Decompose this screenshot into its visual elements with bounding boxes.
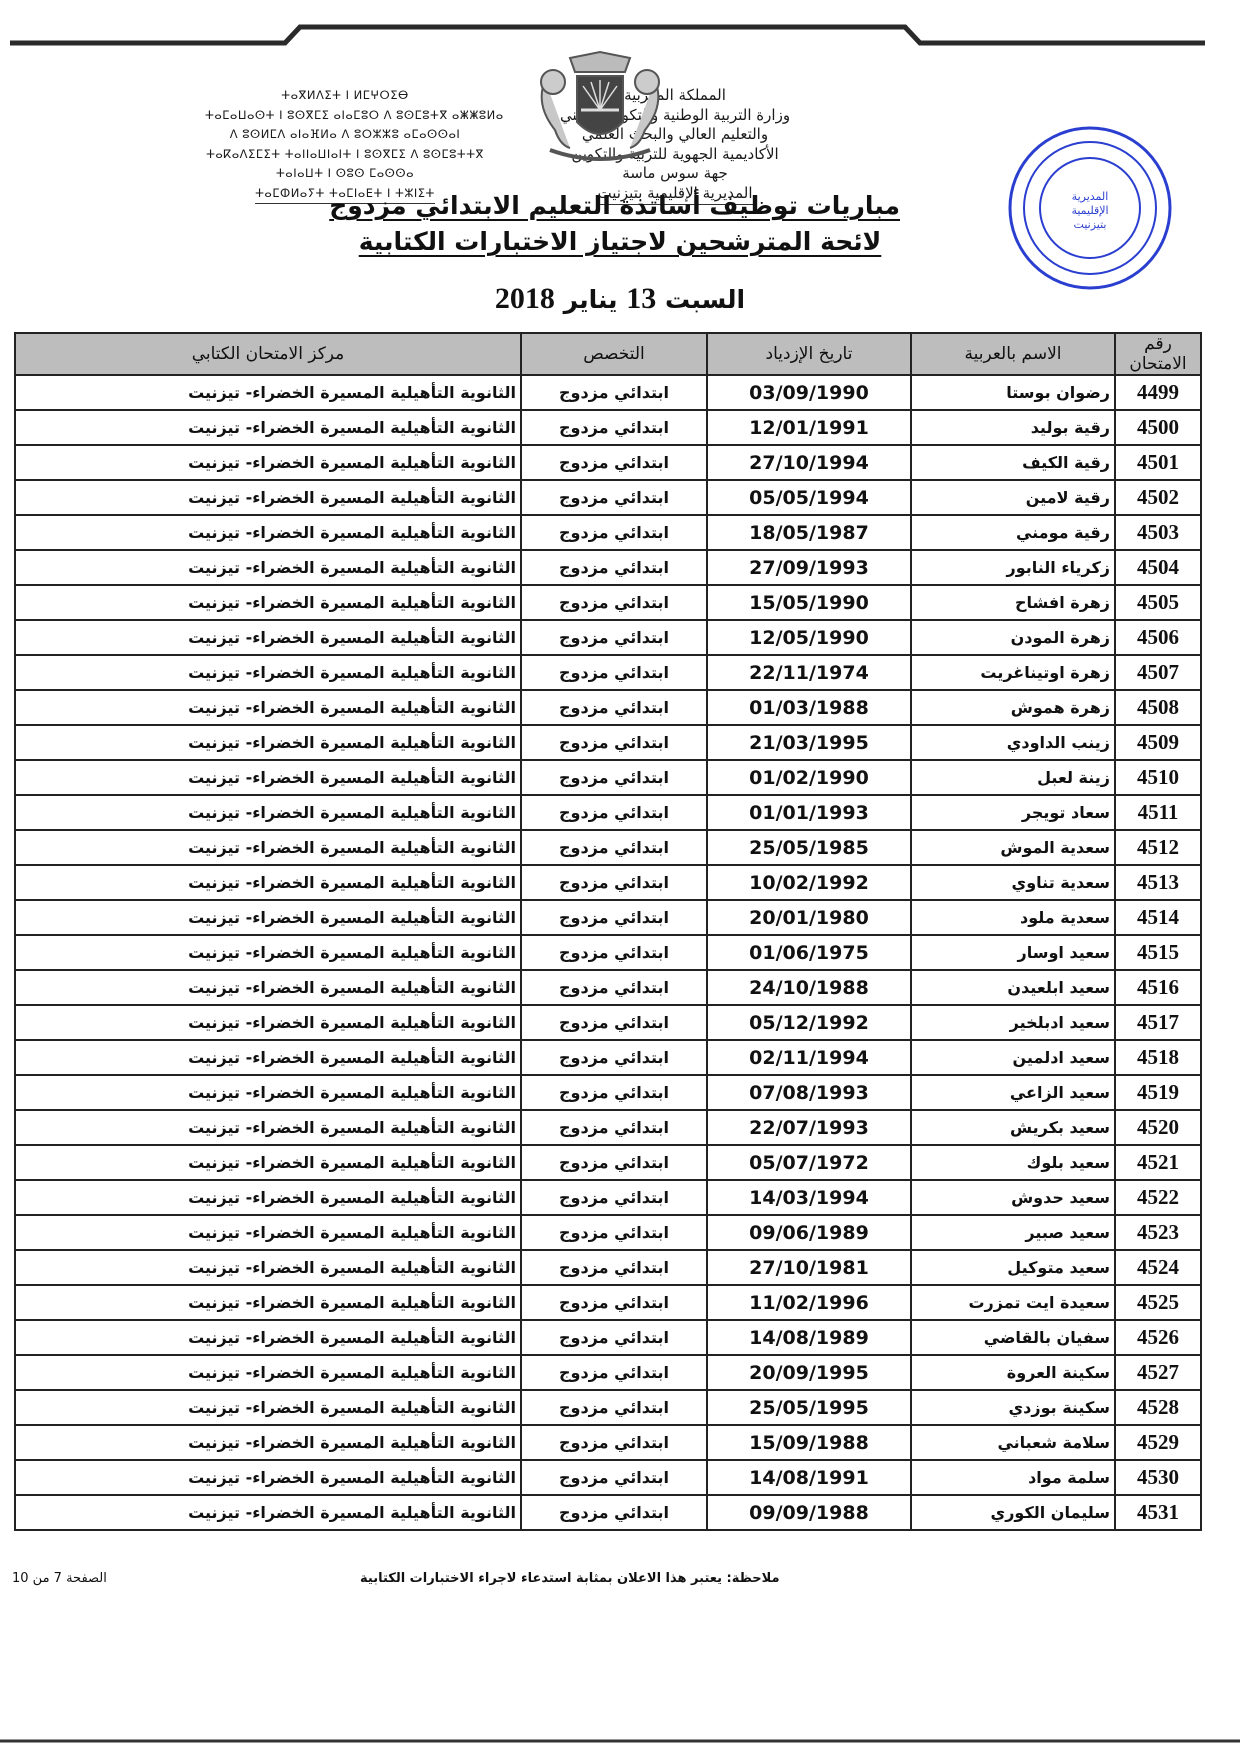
cell-arabic-name: سعيدة ايت تمزرت bbox=[911, 1285, 1115, 1320]
table-row: 4526سفيان بالقاضي14/08/1989ابتدائي مزدوج… bbox=[15, 1320, 1201, 1355]
cell-exam-center: الثانوية التأهيلية المسيرة الخضراء- تيزن… bbox=[15, 480, 521, 515]
cell-exam-center: الثانوية التأهيلية المسيرة الخضراء- تيزن… bbox=[15, 410, 521, 445]
cell-birth-date: 27/09/1993 bbox=[707, 550, 911, 585]
cell-exam-center: الثانوية التأهيلية المسيرة الخضراء- تيزن… bbox=[15, 1285, 521, 1320]
title-line-1: مباريات توظيف أساتذة التعليم الابتدائي م… bbox=[340, 188, 900, 224]
cell-arabic-name: رقية مومني bbox=[911, 515, 1115, 550]
header-line: ⵜⴰⴳⵍⴷⵉⵜ ⵏ ⵍⵎⵖⵔⵉⴱ bbox=[205, 86, 485, 106]
cell-exam-center: الثانوية التأهيلية المسيرة الخضراء- تيزن… bbox=[15, 935, 521, 970]
cell-exam-number: 4522 bbox=[1115, 1180, 1201, 1215]
stamp-line: الإقليمية bbox=[1071, 204, 1108, 217]
cell-birth-date: 01/06/1975 bbox=[707, 935, 911, 970]
cell-birth-date: 02/11/1994 bbox=[707, 1040, 911, 1075]
cell-exam-number: 4515 bbox=[1115, 935, 1201, 970]
date-year: 2018 bbox=[495, 282, 555, 315]
cell-arabic-name: سعاد تويجر bbox=[911, 795, 1115, 830]
bottom-border-line bbox=[0, 1736, 1240, 1750]
stamp-line: بتيزنيت bbox=[1074, 218, 1107, 231]
cell-birth-date: 05/07/1972 bbox=[707, 1145, 911, 1180]
cell-exam-center: الثانوية التأهيلية المسيرة الخضراء- تيزن… bbox=[15, 1215, 521, 1250]
cell-exam-center: الثانوية التأهيلية المسيرة الخضراء- تيزن… bbox=[15, 1145, 521, 1180]
cell-arabic-name: سلمة مواد bbox=[911, 1460, 1115, 1495]
cell-arabic-name: رقية بوليد bbox=[911, 410, 1115, 445]
table-row: 4510زينة لعبل01/02/1990ابتدائي مزدوجالثا… bbox=[15, 760, 1201, 795]
cell-exam-center: الثانوية التأهيلية المسيرة الخضراء- تيزن… bbox=[15, 725, 521, 760]
table-header-row: رقم الامتحان الاسم بالعربية تاريخ الإزدي… bbox=[15, 333, 1201, 375]
table-row: 4511سعاد تويجر01/01/1993ابتدائي مزدوجالث… bbox=[15, 795, 1201, 830]
cell-arabic-name: زهرة هموش bbox=[911, 690, 1115, 725]
table-row: 4520سعيد بكريش22/07/1993ابتدائي مزدوجالث… bbox=[15, 1110, 1201, 1145]
header-exam-number: رقم الامتحان bbox=[1115, 333, 1201, 375]
cell-exam-number: 4508 bbox=[1115, 690, 1201, 725]
cell-birth-date: 01/01/1993 bbox=[707, 795, 911, 830]
cell-specialty: ابتدائي مزدوج bbox=[521, 585, 707, 620]
cell-exam-number: 4516 bbox=[1115, 970, 1201, 1005]
header-birth-date: تاريخ الإزدياد bbox=[707, 333, 911, 375]
cell-arabic-name: سفيان بالقاضي bbox=[911, 1320, 1115, 1355]
date-day: السبت bbox=[665, 285, 745, 314]
cell-exam-center: الثانوية التأهيلية المسيرة الخضراء- تيزن… bbox=[15, 1460, 521, 1495]
cell-specialty: ابتدائي مزدوج bbox=[521, 1285, 707, 1320]
cell-birth-date: 21/03/1995 bbox=[707, 725, 911, 760]
header-specialty: التخصص bbox=[521, 333, 707, 375]
cell-exam-center: الثانوية التأهيلية المسيرة الخضراء- تيزن… bbox=[15, 1320, 521, 1355]
cell-specialty: ابتدائي مزدوج bbox=[521, 865, 707, 900]
table-row: 4507زهرة اوتيناغريت22/11/1974ابتدائي مزد… bbox=[15, 655, 1201, 690]
cell-specialty: ابتدائي مزدوج bbox=[521, 690, 707, 725]
cell-birth-date: 18/05/1987 bbox=[707, 515, 911, 550]
cell-specialty: ابتدائي مزدوج bbox=[521, 1460, 707, 1495]
cell-specialty: ابتدائي مزدوج bbox=[521, 1320, 707, 1355]
cell-exam-center: الثانوية التأهيلية المسيرة الخضراء- تيزن… bbox=[15, 1390, 521, 1425]
cell-exam-center: الثانوية التأهيلية المسيرة الخضراء- تيزن… bbox=[15, 760, 521, 795]
cell-exam-number: 4518 bbox=[1115, 1040, 1201, 1075]
header-line: ⴷ ⵓⵙⵍⵎⴷ ⴰⵏⴰⴼⵍⴰ ⴷ ⵓⵔⵣⵣⵓ ⴰⵎⴰⵙⵙⴰⵏ bbox=[205, 125, 485, 145]
table-row: 4525سعيدة ايت تمزرت11/02/1996ابتدائي مزد… bbox=[15, 1285, 1201, 1320]
cell-birth-date: 27/10/1981 bbox=[707, 1250, 911, 1285]
cell-specialty: ابتدائي مزدوج bbox=[521, 1075, 707, 1110]
cell-exam-center: الثانوية التأهيلية المسيرة الخضراء- تيزن… bbox=[15, 970, 521, 1005]
cell-arabic-name: سكينة بوزدي bbox=[911, 1390, 1115, 1425]
table-row: 4515سعيد اوسار01/06/1975ابتدائي مزدوجالث… bbox=[15, 935, 1201, 970]
cell-arabic-name: سعيد ادلمين bbox=[911, 1040, 1115, 1075]
cell-exam-center: الثانوية التأهيلية المسيرة الخضراء- تيزن… bbox=[15, 690, 521, 725]
cell-specialty: ابتدائي مزدوج bbox=[521, 935, 707, 970]
cell-exam-number: 4517 bbox=[1115, 1005, 1201, 1040]
cell-specialty: ابتدائي مزدوج bbox=[521, 1250, 707, 1285]
cell-exam-number: 4500 bbox=[1115, 410, 1201, 445]
cell-exam-center: الثانوية التأهيلية المسيرة الخضراء- تيزن… bbox=[15, 795, 521, 830]
cell-exam-center: الثانوية التأهيلية المسيرة الخضراء- تيزن… bbox=[15, 1425, 521, 1460]
cell-specialty: ابتدائي مزدوج bbox=[521, 480, 707, 515]
table-row: 4502رقية لامين05/05/1994ابتدائي مزدوجالث… bbox=[15, 480, 1201, 515]
cell-exam-number: 4506 bbox=[1115, 620, 1201, 655]
cell-birth-date: 05/12/1992 bbox=[707, 1005, 911, 1040]
cell-birth-date: 22/07/1993 bbox=[707, 1110, 911, 1145]
cell-exam-center: الثانوية التأهيلية المسيرة الخضراء- تيزن… bbox=[15, 585, 521, 620]
cell-specialty: ابتدائي مزدوج bbox=[521, 515, 707, 550]
cell-arabic-name: سليمان الكوري bbox=[911, 1495, 1115, 1530]
cell-exam-number: 4519 bbox=[1115, 1075, 1201, 1110]
cell-arabic-name: زهرة المودن bbox=[911, 620, 1115, 655]
table-row: 4522سعيد حدوش14/03/1994ابتدائي مزدوجالثا… bbox=[15, 1180, 1201, 1215]
cell-specialty: ابتدائي مزدوج bbox=[521, 550, 707, 585]
document-title: مباريات توظيف أساتذة التعليم الابتدائي م… bbox=[340, 188, 900, 316]
header-line: ⵜⴰⵏⴰⵡⵜ ⵏ ⵙⵓⵙ ⵎⴰⵙⵙⴰ bbox=[205, 164, 485, 184]
cell-birth-date: 15/09/1988 bbox=[707, 1425, 911, 1460]
cell-specialty: ابتدائي مزدوج bbox=[521, 1180, 707, 1215]
cell-specialty: ابتدائي مزدوج bbox=[521, 375, 707, 410]
cell-exam-center: الثانوية التأهيلية المسيرة الخضراء- تيزن… bbox=[15, 655, 521, 690]
cell-birth-date: 09/09/1988 bbox=[707, 1495, 911, 1530]
cell-birth-date: 03/09/1990 bbox=[707, 375, 911, 410]
cell-specialty: ابتدائي مزدوج bbox=[521, 410, 707, 445]
cell-exam-number: 4512 bbox=[1115, 830, 1201, 865]
cell-specialty: ابتدائي مزدوج bbox=[521, 1110, 707, 1145]
table-row: 4509زينب الداودي21/03/1995ابتدائي مزدوجا… bbox=[15, 725, 1201, 760]
cell-arabic-name: سعدية تناوي bbox=[911, 865, 1115, 900]
cell-exam-number: 4524 bbox=[1115, 1250, 1201, 1285]
table-row: 4519سعيد الزاعي07/08/1993ابتدائي مزدوجال… bbox=[15, 1075, 1201, 1110]
ministry-header-tifinagh: ⵜⴰⴳⵍⴷⵉⵜ ⵏ ⵍⵎⵖⵔⵉⴱ ⵜⴰⵎⴰⵡⴰⵙⵜ ⵏ ⵓⵙⴳⵎⵉ ⴰⵏⴰⵎⵓⵔ… bbox=[205, 86, 485, 204]
cell-birth-date: 14/08/1989 bbox=[707, 1320, 911, 1355]
cell-birth-date: 22/11/1974 bbox=[707, 655, 911, 690]
table-row: 4531سليمان الكوري09/09/1988ابتدائي مزدوج… bbox=[15, 1495, 1201, 1530]
table-row: 4505زهرة افشاح15/05/1990ابتدائي مزدوجالث… bbox=[15, 585, 1201, 620]
cell-specialty: ابتدائي مزدوج bbox=[521, 1005, 707, 1040]
table-row: 4527سكينة العروة20/09/1995ابتدائي مزدوجا… bbox=[15, 1355, 1201, 1390]
cell-specialty: ابتدائي مزدوج bbox=[521, 760, 707, 795]
table-row: 4529سلامة شعباني15/09/1988ابتدائي مزدوجا… bbox=[15, 1425, 1201, 1460]
cell-arabic-name: سكينة العروة bbox=[911, 1355, 1115, 1390]
cell-arabic-name: سعيد ابلعيدن bbox=[911, 970, 1115, 1005]
cell-arabic-name: سعيد الزاعي bbox=[911, 1075, 1115, 1110]
table-row: 4524سعيد متوكيل27/10/1981ابتدائي مزدوجال… bbox=[15, 1250, 1201, 1285]
cell-exam-number: 4520 bbox=[1115, 1110, 1201, 1145]
cell-specialty: ابتدائي مزدوج bbox=[521, 1145, 707, 1180]
cell-exam-center: الثانوية التأهيلية المسيرة الخضراء- تيزن… bbox=[15, 1180, 521, 1215]
cell-birth-date: 05/05/1994 bbox=[707, 480, 911, 515]
cell-exam-number: 4505 bbox=[1115, 585, 1201, 620]
cell-exam-number: 4502 bbox=[1115, 480, 1201, 515]
cell-specialty: ابتدائي مزدوج bbox=[521, 655, 707, 690]
cell-birth-date: 25/05/1995 bbox=[707, 1390, 911, 1425]
cell-exam-number: 4526 bbox=[1115, 1320, 1201, 1355]
cell-birth-date: 14/03/1994 bbox=[707, 1180, 911, 1215]
cell-arabic-name: زهرة افشاح bbox=[911, 585, 1115, 620]
cell-exam-number: 4501 bbox=[1115, 445, 1201, 480]
cell-birth-date: 11/02/1996 bbox=[707, 1285, 911, 1320]
cell-arabic-name: زكرياء النابور bbox=[911, 550, 1115, 585]
exam-date: السبت 13 يناير 2018 bbox=[340, 282, 900, 316]
official-stamp-icon: المديرية الإقليمية بتيزنيت bbox=[1004, 122, 1176, 294]
table-row: 4501رقية الكيف27/10/1994ابتدائي مزدوجالث… bbox=[15, 445, 1201, 480]
cell-exam-number: 4529 bbox=[1115, 1425, 1201, 1460]
cell-exam-center: الثانوية التأهيلية المسيرة الخضراء- تيزن… bbox=[15, 1005, 521, 1040]
table-row: 4521سعيد بلوك05/07/1972ابتدائي مزدوجالثا… bbox=[15, 1145, 1201, 1180]
cell-exam-center: الثانوية التأهيلية المسيرة الخضراء- تيزن… bbox=[15, 1040, 521, 1075]
cell-birth-date: 12/01/1991 bbox=[707, 410, 911, 445]
table-row: 4516سعيد ابلعيدن24/10/1988ابتدائي مزدوجا… bbox=[15, 970, 1201, 1005]
cell-arabic-name: زينب الداودي bbox=[911, 725, 1115, 760]
cell-specialty: ابتدائي مزدوج bbox=[521, 1040, 707, 1075]
header-line: ⵜⴰⵎⴰⵡⴰⵙⵜ ⵏ ⵓⵙⴳⵎⵉ ⴰⵏⴰⵎⵓⵔ ⴷ ⵓⵙⵎⵓⵜⴳ ⴰⵥⵥⵓⵍⴰ bbox=[205, 106, 485, 126]
cell-arabic-name: سعدية الموش bbox=[911, 830, 1115, 865]
cell-exam-number: 4530 bbox=[1115, 1460, 1201, 1495]
cell-exam-center: الثانوية التأهيلية المسيرة الخضراء- تيزن… bbox=[15, 375, 521, 410]
coat-of-arms-icon bbox=[525, 50, 675, 170]
cell-exam-number: 4511 bbox=[1115, 795, 1201, 830]
cell-arabic-name: رضوان بوستا bbox=[911, 375, 1115, 410]
cell-exam-number: 4499 bbox=[1115, 375, 1201, 410]
cell-exam-number: 4523 bbox=[1115, 1215, 1201, 1250]
table-row: 4504زكرياء النابور27/09/1993ابتدائي مزدو… bbox=[15, 550, 1201, 585]
cell-exam-center: الثانوية التأهيلية المسيرة الخضراء- تيزن… bbox=[15, 865, 521, 900]
cell-specialty: ابتدائي مزدوج bbox=[521, 1215, 707, 1250]
cell-specialty: ابتدائي مزدوج bbox=[521, 1495, 707, 1530]
cell-birth-date: 25/05/1985 bbox=[707, 830, 911, 865]
cell-specialty: ابتدائي مزدوج bbox=[521, 1390, 707, 1425]
cell-exam-center: الثانوية التأهيلية المسيرة الخضراء- تيزن… bbox=[15, 1110, 521, 1145]
cell-exam-number: 4521 bbox=[1115, 1145, 1201, 1180]
table-row: 4514سعدية ملود20/01/1980ابتدائي مزدوجالث… bbox=[15, 900, 1201, 935]
cell-birth-date: 10/02/1992 bbox=[707, 865, 911, 900]
cell-specialty: ابتدائي مزدوج bbox=[521, 1425, 707, 1460]
date-number: 13 bbox=[626, 282, 656, 315]
cell-arabic-name: زينة لعبل bbox=[911, 760, 1115, 795]
table-row: 4499رضوان بوستا03/09/1990ابتدائي مزدوجال… bbox=[15, 375, 1201, 410]
header-exam-center: مركز الامتحان الكتابي bbox=[15, 333, 521, 375]
cell-exam-number: 4531 bbox=[1115, 1495, 1201, 1530]
table-body: 4499رضوان بوستا03/09/1990ابتدائي مزدوجال… bbox=[15, 375, 1201, 1530]
cell-exam-number: 4503 bbox=[1115, 515, 1201, 550]
cell-exam-center: الثانوية التأهيلية المسيرة الخضراء- تيزن… bbox=[15, 1250, 521, 1285]
cell-exam-number: 4504 bbox=[1115, 550, 1201, 585]
title-line-2: لائحة المترشحين لاجتياز الاختبارات الكتا… bbox=[340, 224, 900, 260]
cell-birth-date: 20/09/1995 bbox=[707, 1355, 911, 1390]
header-arabic-name: الاسم بالعربية bbox=[911, 333, 1115, 375]
candidates-table: رقم الامتحان الاسم بالعربية تاريخ الإزدي… bbox=[14, 332, 1202, 1531]
cell-birth-date: 01/03/1988 bbox=[707, 690, 911, 725]
cell-exam-number: 4527 bbox=[1115, 1355, 1201, 1390]
table-row: 4523سعيد صبير09/06/1989ابتدائي مزدوجالثا… bbox=[15, 1215, 1201, 1250]
footer-note: ملاحظة: يعتبر هذا الاعلان بمثابة استدعاء… bbox=[360, 1571, 780, 1586]
cell-arabic-name: سعيد صبير bbox=[911, 1215, 1115, 1250]
cell-exam-number: 4507 bbox=[1115, 655, 1201, 690]
cell-exam-center: الثانوية التأهيلية المسيرة الخضراء- تيزن… bbox=[15, 900, 521, 935]
cell-specialty: ابتدائي مزدوج bbox=[521, 1355, 707, 1390]
cell-exam-center: الثانوية التأهيلية المسيرة الخضراء- تيزن… bbox=[15, 1495, 521, 1530]
cell-exam-number: 4525 bbox=[1115, 1285, 1201, 1320]
table-row: 4517سعيد ادبلخير05/12/1992ابتدائي مزدوجا… bbox=[15, 1005, 1201, 1040]
cell-exam-center: الثانوية التأهيلية المسيرة الخضراء- تيزن… bbox=[15, 445, 521, 480]
table-row: 4518سعيد ادلمين02/11/1994ابتدائي مزدوجال… bbox=[15, 1040, 1201, 1075]
cell-exam-number: 4513 bbox=[1115, 865, 1201, 900]
cell-birth-date: 07/08/1993 bbox=[707, 1075, 911, 1110]
cell-exam-number: 4510 bbox=[1115, 760, 1201, 795]
cell-arabic-name: سلامة شعباني bbox=[911, 1425, 1115, 1460]
stamp-line: المديرية bbox=[1072, 190, 1109, 203]
date-month: يناير bbox=[564, 285, 618, 314]
cell-arabic-name: سعيد بلوك bbox=[911, 1145, 1115, 1180]
cell-birth-date: 09/06/1989 bbox=[707, 1215, 911, 1250]
cell-birth-date: 12/05/1990 bbox=[707, 620, 911, 655]
cell-exam-center: الثانوية التأهيلية المسيرة الخضراء- تيزن… bbox=[15, 550, 521, 585]
cell-arabic-name: سعيد بكريش bbox=[911, 1110, 1115, 1145]
cell-exam-number: 4528 bbox=[1115, 1390, 1201, 1425]
table-row: 4513سعدية تناوي10/02/1992ابتدائي مزدوجال… bbox=[15, 865, 1201, 900]
cell-arabic-name: سعيد ادبلخير bbox=[911, 1005, 1115, 1040]
cell-specialty: ابتدائي مزدوج bbox=[521, 970, 707, 1005]
cell-birth-date: 14/08/1991 bbox=[707, 1460, 911, 1495]
page-number: الصفحة 7 من 10 bbox=[12, 1571, 107, 1586]
cell-specialty: ابتدائي مزدوج bbox=[521, 830, 707, 865]
cell-arabic-name: رقية الكيف bbox=[911, 445, 1115, 480]
cell-specialty: ابتدائي مزدوج bbox=[521, 725, 707, 760]
table-row: 4512سعدية الموش25/05/1985ابتدائي مزدوجال… bbox=[15, 830, 1201, 865]
table-row: 4500رقية بوليد12/01/1991ابتدائي مزدوجالث… bbox=[15, 410, 1201, 445]
table-row: 4528سكينة بوزدي25/05/1995ابتدائي مزدوجال… bbox=[15, 1390, 1201, 1425]
cell-arabic-name: سعيد اوسار bbox=[911, 935, 1115, 970]
cell-exam-center: الثانوية التأهيلية المسيرة الخضراء- تيزن… bbox=[15, 830, 521, 865]
cell-arabic-name: رقية لامين bbox=[911, 480, 1115, 515]
cell-exam-center: الثانوية التأهيلية المسيرة الخضراء- تيزن… bbox=[15, 620, 521, 655]
cell-birth-date: 27/10/1994 bbox=[707, 445, 911, 480]
cell-specialty: ابتدائي مزدوج bbox=[521, 900, 707, 935]
cell-exam-center: الثانوية التأهيلية المسيرة الخضراء- تيزن… bbox=[15, 1075, 521, 1110]
cell-specialty: ابتدائي مزدوج bbox=[521, 795, 707, 830]
table-row: 4530سلمة مواد14/08/1991ابتدائي مزدوجالثا… bbox=[15, 1460, 1201, 1495]
cell-specialty: ابتدائي مزدوج bbox=[521, 445, 707, 480]
cell-exam-center: الثانوية التأهيلية المسيرة الخضراء- تيزن… bbox=[15, 515, 521, 550]
header-line: ⵜⴰⴽⴰⴷⵉⵎⵉⵜ ⵜⴰⵏⵏⴰⵡⵏⴰⵏⵜ ⵏ ⵓⵙⴳⵎⵉ ⴷ ⵓⵙⵎⵓⵜⵜⴳ bbox=[205, 145, 485, 165]
cell-specialty: ابتدائي مزدوج bbox=[521, 620, 707, 655]
cell-arabic-name: سعدية ملود bbox=[911, 900, 1115, 935]
cell-birth-date: 20/01/1980 bbox=[707, 900, 911, 935]
cell-arabic-name: سعيد متوكيل bbox=[911, 1250, 1115, 1285]
cell-exam-number: 4509 bbox=[1115, 725, 1201, 760]
table-row: 4508زهرة هموش01/03/1988ابتدائي مزدوجالثا… bbox=[15, 690, 1201, 725]
cell-arabic-name: سعيد حدوش bbox=[911, 1180, 1115, 1215]
table-row: 4503رقية مومني18/05/1987ابتدائي مزدوجالث… bbox=[15, 515, 1201, 550]
cell-arabic-name: زهرة اوتيناغريت bbox=[911, 655, 1115, 690]
cell-birth-date: 15/05/1990 bbox=[707, 585, 911, 620]
cell-exam-number: 4514 bbox=[1115, 900, 1201, 935]
cell-exam-center: الثانوية التأهيلية المسيرة الخضراء- تيزن… bbox=[15, 1355, 521, 1390]
cell-birth-date: 24/10/1988 bbox=[707, 970, 911, 1005]
table-row: 4506زهرة المودن12/05/1990ابتدائي مزدوجال… bbox=[15, 620, 1201, 655]
cell-birth-date: 01/02/1990 bbox=[707, 760, 911, 795]
